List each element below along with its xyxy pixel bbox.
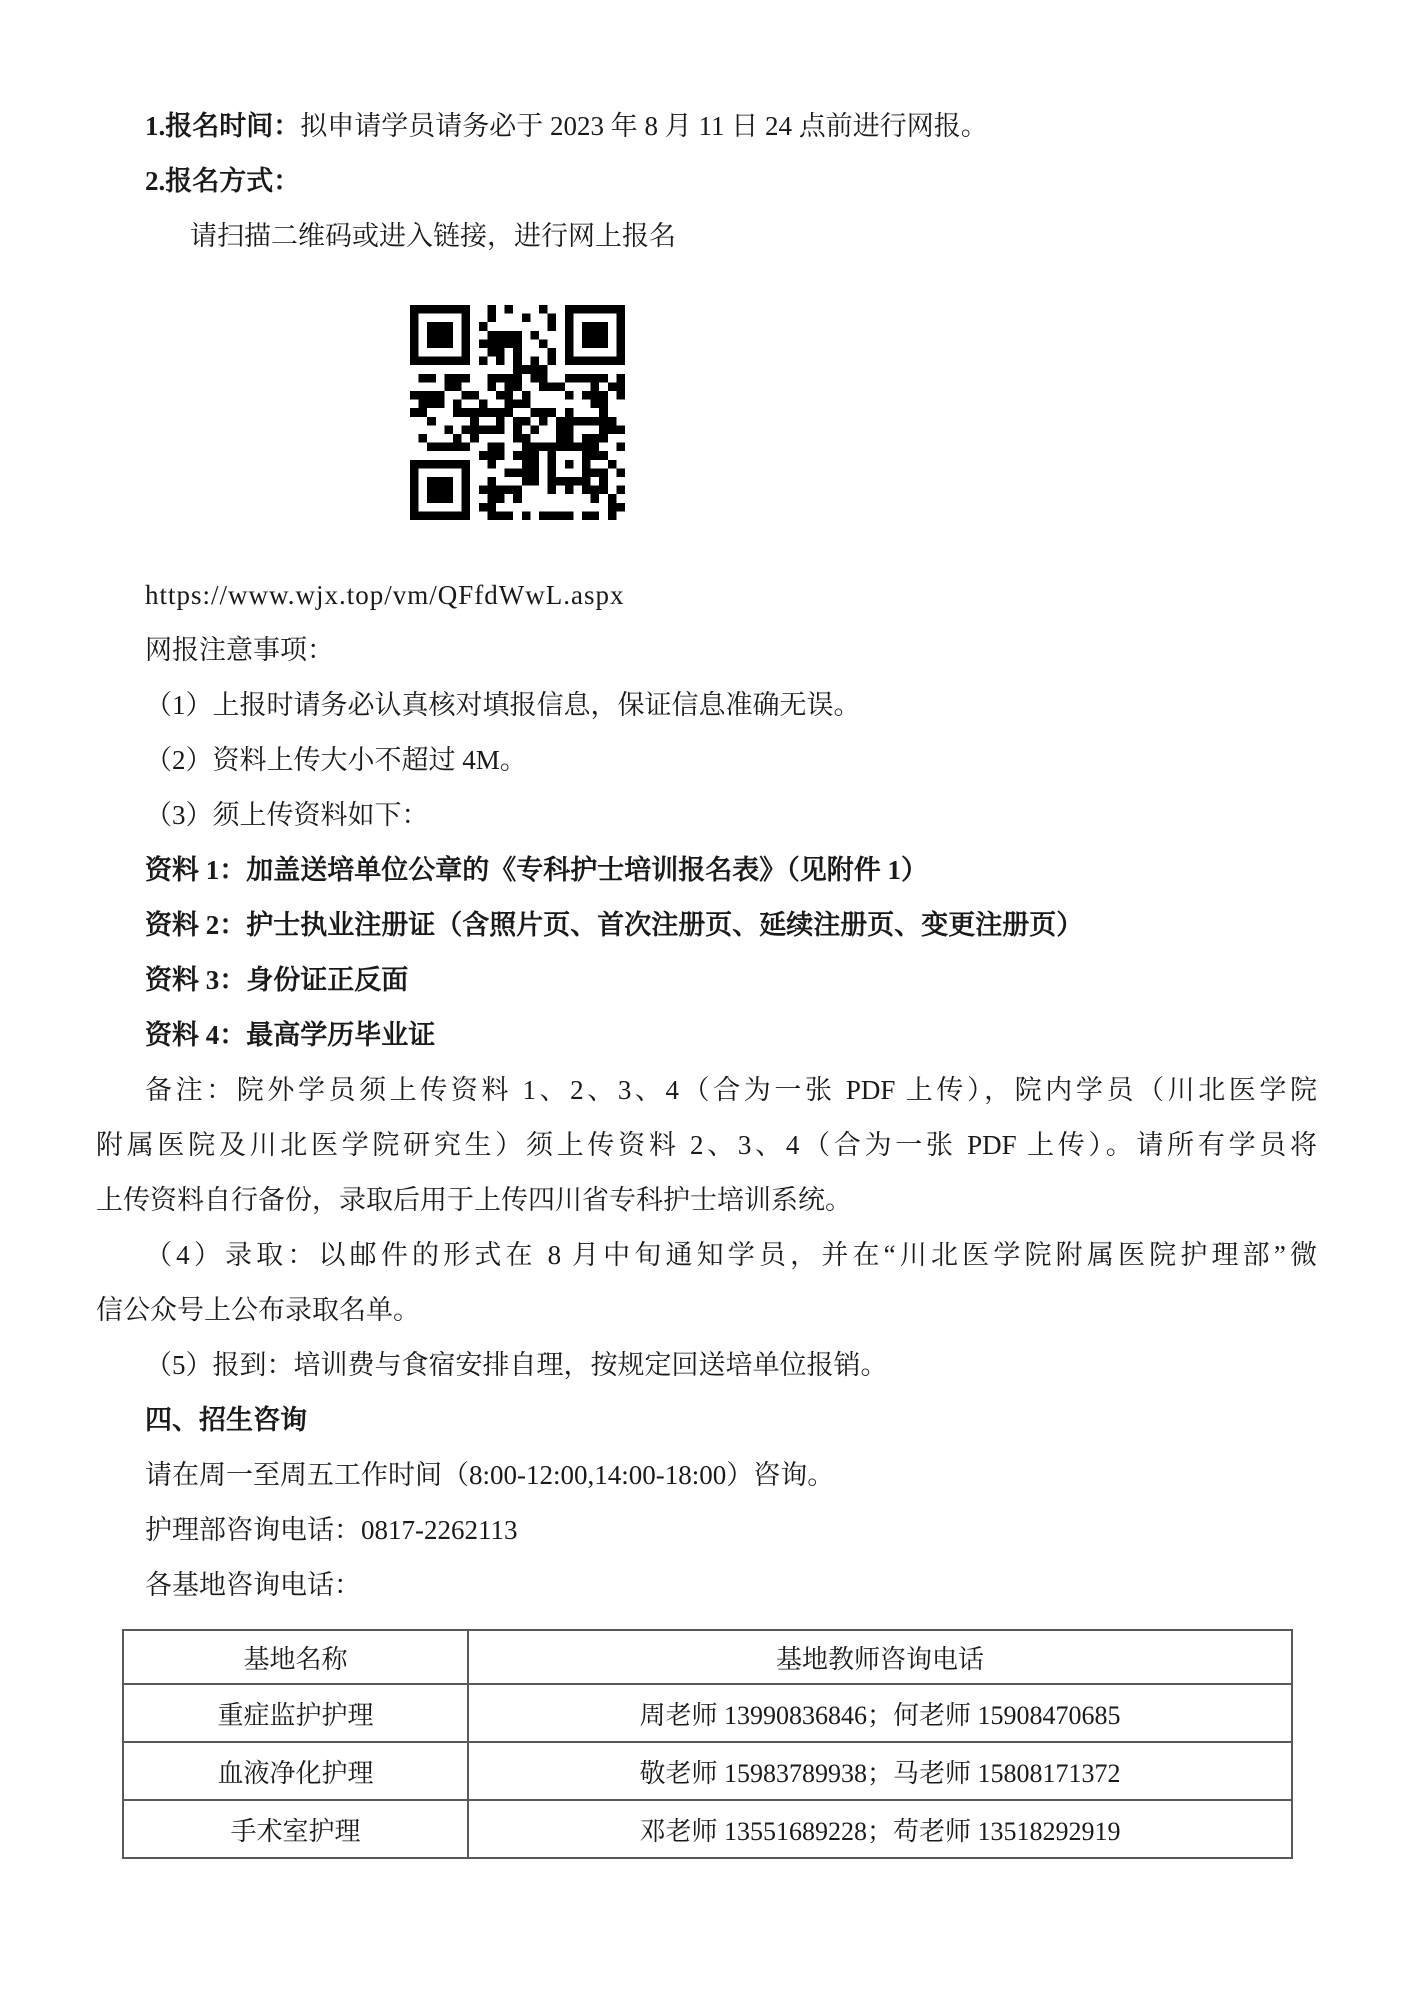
base-name-cell: 手术室护理 [123,1800,468,1858]
document-line: 上传资料自行备份，录取后用于上传四川省专科护士培训系统。 [96,1173,1317,1228]
document-line-bold-text: 资料 2：护士执业注册证（含照片页、首次注册页、延续注册页、变更注册页） [145,910,1083,940]
document-line: 附属医院及川北医学院研究生）须上传资料 2、3、4（合为一张 PDF 上传）。请… [96,1118,1317,1173]
document-line: （4）录取：以邮件的形式在 8 月中旬通知学员，并在“川北医学院附属医院护理部”… [96,1228,1317,1283]
document-body: 1.报名时间：拟申请学员请务必于 2023 年 8 月 11 日 24 点前进行… [96,99,1317,1613]
table-row: 重症监护护理 周老师 13990836846；何老师 15908470685 [123,1684,1292,1742]
document-line: （1）上报时请务必认真核对填报信息，保证信息准确无误。 [96,678,1317,733]
document-line: 信公众号上公布录取名单。 [96,1283,1317,1338]
document-line: 资料 4：最高学历毕业证 [96,1008,1317,1063]
document-line: 网报注意事项： [96,623,1317,678]
document-line: 请扫描二维码或进入链接，进行网上报名 [96,209,1317,264]
document-line-text: 附属医院及川北医学院研究生）须上传资料 2、3、4（合为一张 PDF 上传）。请… [96,1130,1317,1160]
document-line-bold-text: 1.报名时间： [145,111,300,141]
document-line: 请在周一至周五工作时间（8:00-12:00,14:00-18:00）咨询。 [96,1448,1317,1503]
phone-cell: 敬老师 15983789938；马老师 15808171372 [468,1742,1292,1800]
phone-cell: 邓老师 13551689228；苟老师 13518292919 [468,1800,1292,1858]
registration-url: https://www.wjx.top/vm/QFfdWwL.aspx [96,568,1317,623]
table-header-row: 基地名称 基地教师咨询电话 [123,1630,1292,1684]
document-line: 护理部咨询电话：0817-2262113 [96,1503,1317,1558]
document-line: 各基地咨询电话： [96,1558,1317,1613]
document-line-text: https://www.wjx.top/vm/QFfdWwL.aspx [145,580,625,610]
document-line-text: 请在周一至周五工作时间（8:00-12:00,14:00-18:00）咨询。 [145,1460,834,1490]
document-line: 四、招生咨询 [96,1393,1317,1448]
document-line: 资料 3：身份证正反面 [96,953,1317,1008]
document-line-text: 各基地咨询电话： [145,1570,361,1600]
document-line-text: （5）报到：培训费与食宿安排自理，按规定回送培单位报销。 [145,1350,888,1380]
document-line: 备注：院外学员须上传资料 1、2、3、4（合为一张 PDF 上传），院内学员（川… [96,1063,1317,1118]
table-row: 血液净化护理 敬老师 15983789938；马老师 15808171372 [123,1742,1292,1800]
base-name-cell: 血液净化护理 [123,1742,468,1800]
document-line: 资料 2：护士执业注册证（含照片页、首次注册页、延续注册页、变更注册页） [96,898,1317,953]
document-line-bold-text: 2.报名方式： [145,166,300,196]
document-line-bold-text: 资料 3：身份证正反面 [145,965,408,995]
document-line-bold-text: 资料 4：最高学历毕业证 [145,1020,435,1050]
document-line: 2.报名方式： [96,154,1317,209]
document-page: 1.报名时间：拟申请学员请务必于 2023 年 8 月 11 日 24 点前进行… [0,0,1413,2000]
table-row: 手术室护理 邓老师 13551689228；苟老师 13518292919 [123,1800,1292,1858]
document-line-text: 信公众号上公布录取名单。 [96,1295,420,1325]
document-line-bold-text: 资料 1：加盖送培单位公章的《专科护士培训报名表》（见附件 1） [145,855,928,885]
document-line-bold-text: 四、招生咨询 [145,1405,307,1435]
document-line-text: 护理部咨询电话：0817-2262113 [145,1515,518,1545]
phone-cell: 周老师 13990836846；何老师 15908470685 [468,1684,1292,1742]
document-line-text: 拟申请学员请务必于 2023 年 8 月 11 日 24 点前进行网报。 [300,111,988,141]
document-line-text: 上传资料自行备份，录取后用于上传四川省专科护士培训系统。 [96,1185,852,1215]
document-line-text: （3）须上传资料如下： [145,800,429,830]
document-line-text: 备注：院外学员须上传资料 1、2、3、4（合为一张 PDF 上传），院内学员（川… [145,1075,1317,1105]
contact-table: 基地名称 基地教师咨询电话 重症监护护理 周老师 13990836846；何老师… [122,1629,1293,1859]
document-line: 1.报名时间：拟申请学员请务必于 2023 年 8 月 11 日 24 点前进行… [96,99,1317,154]
document-line-text: （4）录取：以邮件的形式在 8 月中旬通知学员，并在“川北医学院附属医院护理部”… [145,1240,1317,1270]
table-header-phone: 基地教师咨询电话 [468,1630,1292,1684]
document-line-text: （1）上报时请务必认真核对填报信息，保证信息准确无误。 [145,690,861,720]
qr-code [410,305,625,520]
table-header-base-name: 基地名称 [123,1630,468,1684]
document-line-text: （2）资料上传大小不超过 4M。 [145,745,527,775]
document-line-text: 请扫描二维码或进入链接，进行网上报名 [190,221,676,251]
document-line: （3）须上传资料如下： [96,788,1317,843]
document-line: （5）报到：培训费与食宿安排自理，按规定回送培单位报销。 [96,1338,1317,1393]
base-name-cell: 重症监护护理 [123,1684,468,1742]
document-line-text: 网报注意事项： [145,635,334,665]
document-line: 资料 1：加盖送培单位公章的《专科护士培训报名表》（见附件 1） [96,843,1317,898]
document-line: （2）资料上传大小不超过 4M。 [96,733,1317,788]
